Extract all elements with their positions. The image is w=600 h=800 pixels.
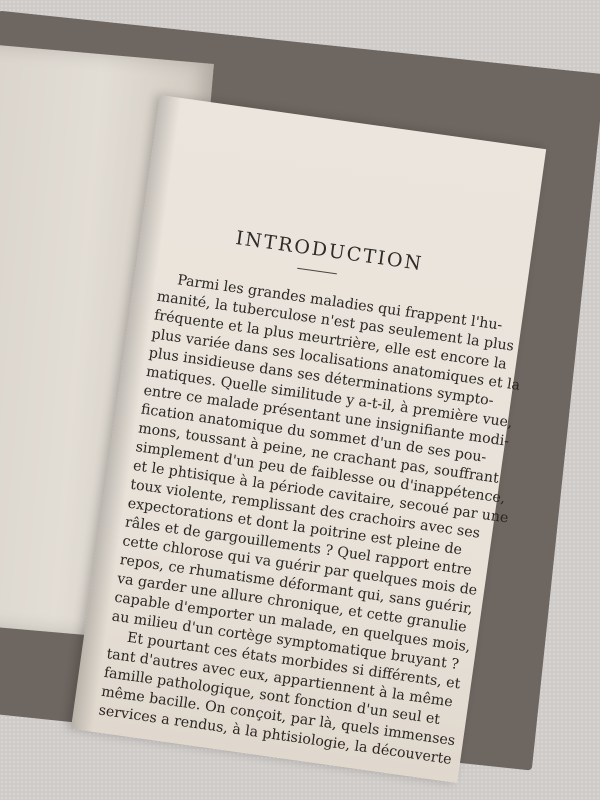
- heading-rule: [297, 268, 337, 275]
- chapter-heading: INTRODUCTION: [234, 227, 424, 275]
- page-body-text: Parmi les grandes maladies qui frappent …: [97, 269, 497, 768]
